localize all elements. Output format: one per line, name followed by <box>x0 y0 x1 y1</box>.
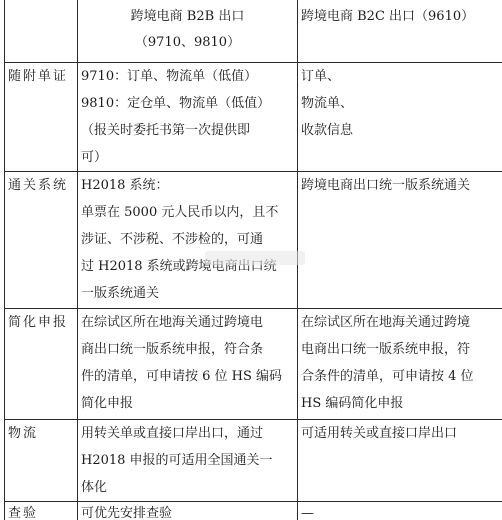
table-row-documents: 随附单证 9710：订单、物流单（低值） 9810：定仓单、物流单（低值） （报… <box>5 63 502 172</box>
watermark-overlay <box>205 251 305 265</box>
cell-line: 在综试区所在地海关通过跨境 <box>301 309 502 336</box>
cell-b2c-inspection: — <box>298 502 502 520</box>
cell-line: 一版系统通关 <box>81 280 294 307</box>
row-label-clearance-system: 通关系统 <box>5 172 78 309</box>
cell-line: 商出口统一版系统申报，符合条 <box>81 336 294 363</box>
table-row-logistics: 物流 用转关单或直接口岸出口，通过 H2018 申报的可适用全国通关一 体化 可… <box>5 420 502 502</box>
cell-b2b-documents: 9710：订单、物流单（低值） 9810：定仓单、物流单（低值） （报关时委托书… <box>78 63 298 172</box>
cell-line: 物流单、 <box>301 90 502 117</box>
cell-line: H2018 申报的可适用全国通关一 <box>81 447 294 474</box>
cell-line: 可优先安排查验 <box>81 502 294 520</box>
header-b2c-line-1: 跨境电商 B2C 出口（9610） <box>301 4 502 30</box>
cell-line: 电商出口统一版系统申报，符 <box>301 336 502 363</box>
cell-line: 合条件的清单，可申请按 4 位 <box>301 363 502 390</box>
cell-line: — <box>301 502 502 520</box>
table-row-inspection: 查验 可优先安排查验 — <box>5 502 502 520</box>
cell-b2b-simplified-declaration: 在综试区所在地海关通过跨境电 商出口统一版系统申报，符合条 件的清单，可申请按 … <box>78 309 298 420</box>
cell-line: 体化 <box>81 474 294 501</box>
cell-line: 收款信息 <box>301 117 502 144</box>
table-row-simplified-declaration: 简化申报 在综试区所在地海关通过跨境电 商出口统一版系统申报，符合条 件的清单，… <box>5 309 502 420</box>
row-label-inspection: 查验 <box>5 502 78 520</box>
cell-b2b-logistics: 用转关单或直接口岸出口，通过 H2018 申报的可适用全国通关一 体化 <box>78 420 298 502</box>
cell-line: 可适用转关或直接口岸出口 <box>301 420 502 447</box>
cell-line: H2018 系统： <box>81 172 294 199</box>
cell-b2c-logistics: 可适用转关或直接口岸出口 <box>298 420 502 502</box>
cell-b2c-simplified-declaration: 在综试区所在地海关通过跨境 电商出口统一版系统申报，符 合条件的清单，可申请按 … <box>298 309 502 420</box>
cell-line: （报关时委托书第一次提供即 <box>81 117 294 144</box>
table-row-clearance-system: 通关系统 H2018 系统： 单票在 5000 元人民币以内，且不 涉证、不涉税… <box>5 172 502 309</box>
row-label-logistics: 物流 <box>5 420 78 502</box>
header-b2b-line-2: （9710、9810） <box>81 30 294 56</box>
cell-line: 涉证、不涉税、不涉检的，可通 <box>81 226 294 253</box>
row-label-simplified-declaration: 简化申报 <box>5 309 78 420</box>
cell-line: 用转关单或直接口岸出口，通过 <box>81 420 294 447</box>
cell-b2b-clearance-system: H2018 系统： 单票在 5000 元人民币以内，且不 涉证、不涉税、不涉检的… <box>78 172 298 309</box>
cell-line: 简化申报 <box>81 390 294 417</box>
cell-line: 可） <box>81 144 294 171</box>
header-row: 跨境电商 B2B 出口 （9710、9810） 跨境电商 B2C 出口（9610… <box>5 0 502 63</box>
header-b2b-line-1: 跨境电商 B2B 出口 <box>81 4 294 30</box>
cell-line: 9710：订单、物流单（低值） <box>81 63 294 90</box>
header-b2b-export: 跨境电商 B2B 出口 （9710、9810） <box>78 0 298 63</box>
cell-line: 在综试区所在地海关通过跨境电 <box>81 309 294 336</box>
header-empty-cell <box>5 0 78 63</box>
cell-line: 订单、 <box>301 63 502 90</box>
row-label-documents: 随附单证 <box>5 63 78 172</box>
cell-line: 单票在 5000 元人民币以内，且不 <box>81 199 294 226</box>
cell-b2c-clearance-system: 跨境电商出口统一版系统通关 <box>298 172 502 309</box>
cell-line: 件的清单，可申请按 6 位 HS 编码 <box>81 363 294 390</box>
header-b2c-export: 跨境电商 B2C 出口（9610） <box>298 0 502 63</box>
cell-b2b-inspection: 可优先安排查验 <box>78 502 298 520</box>
cell-line: 9810：定仓单、物流单（低值） <box>81 90 294 117</box>
cell-b2c-documents: 订单、 物流单、 收款信息 <box>298 63 502 172</box>
cell-line: 跨境电商出口统一版系统通关 <box>301 172 502 199</box>
cell-line: HS 编码简化申报 <box>301 390 502 417</box>
